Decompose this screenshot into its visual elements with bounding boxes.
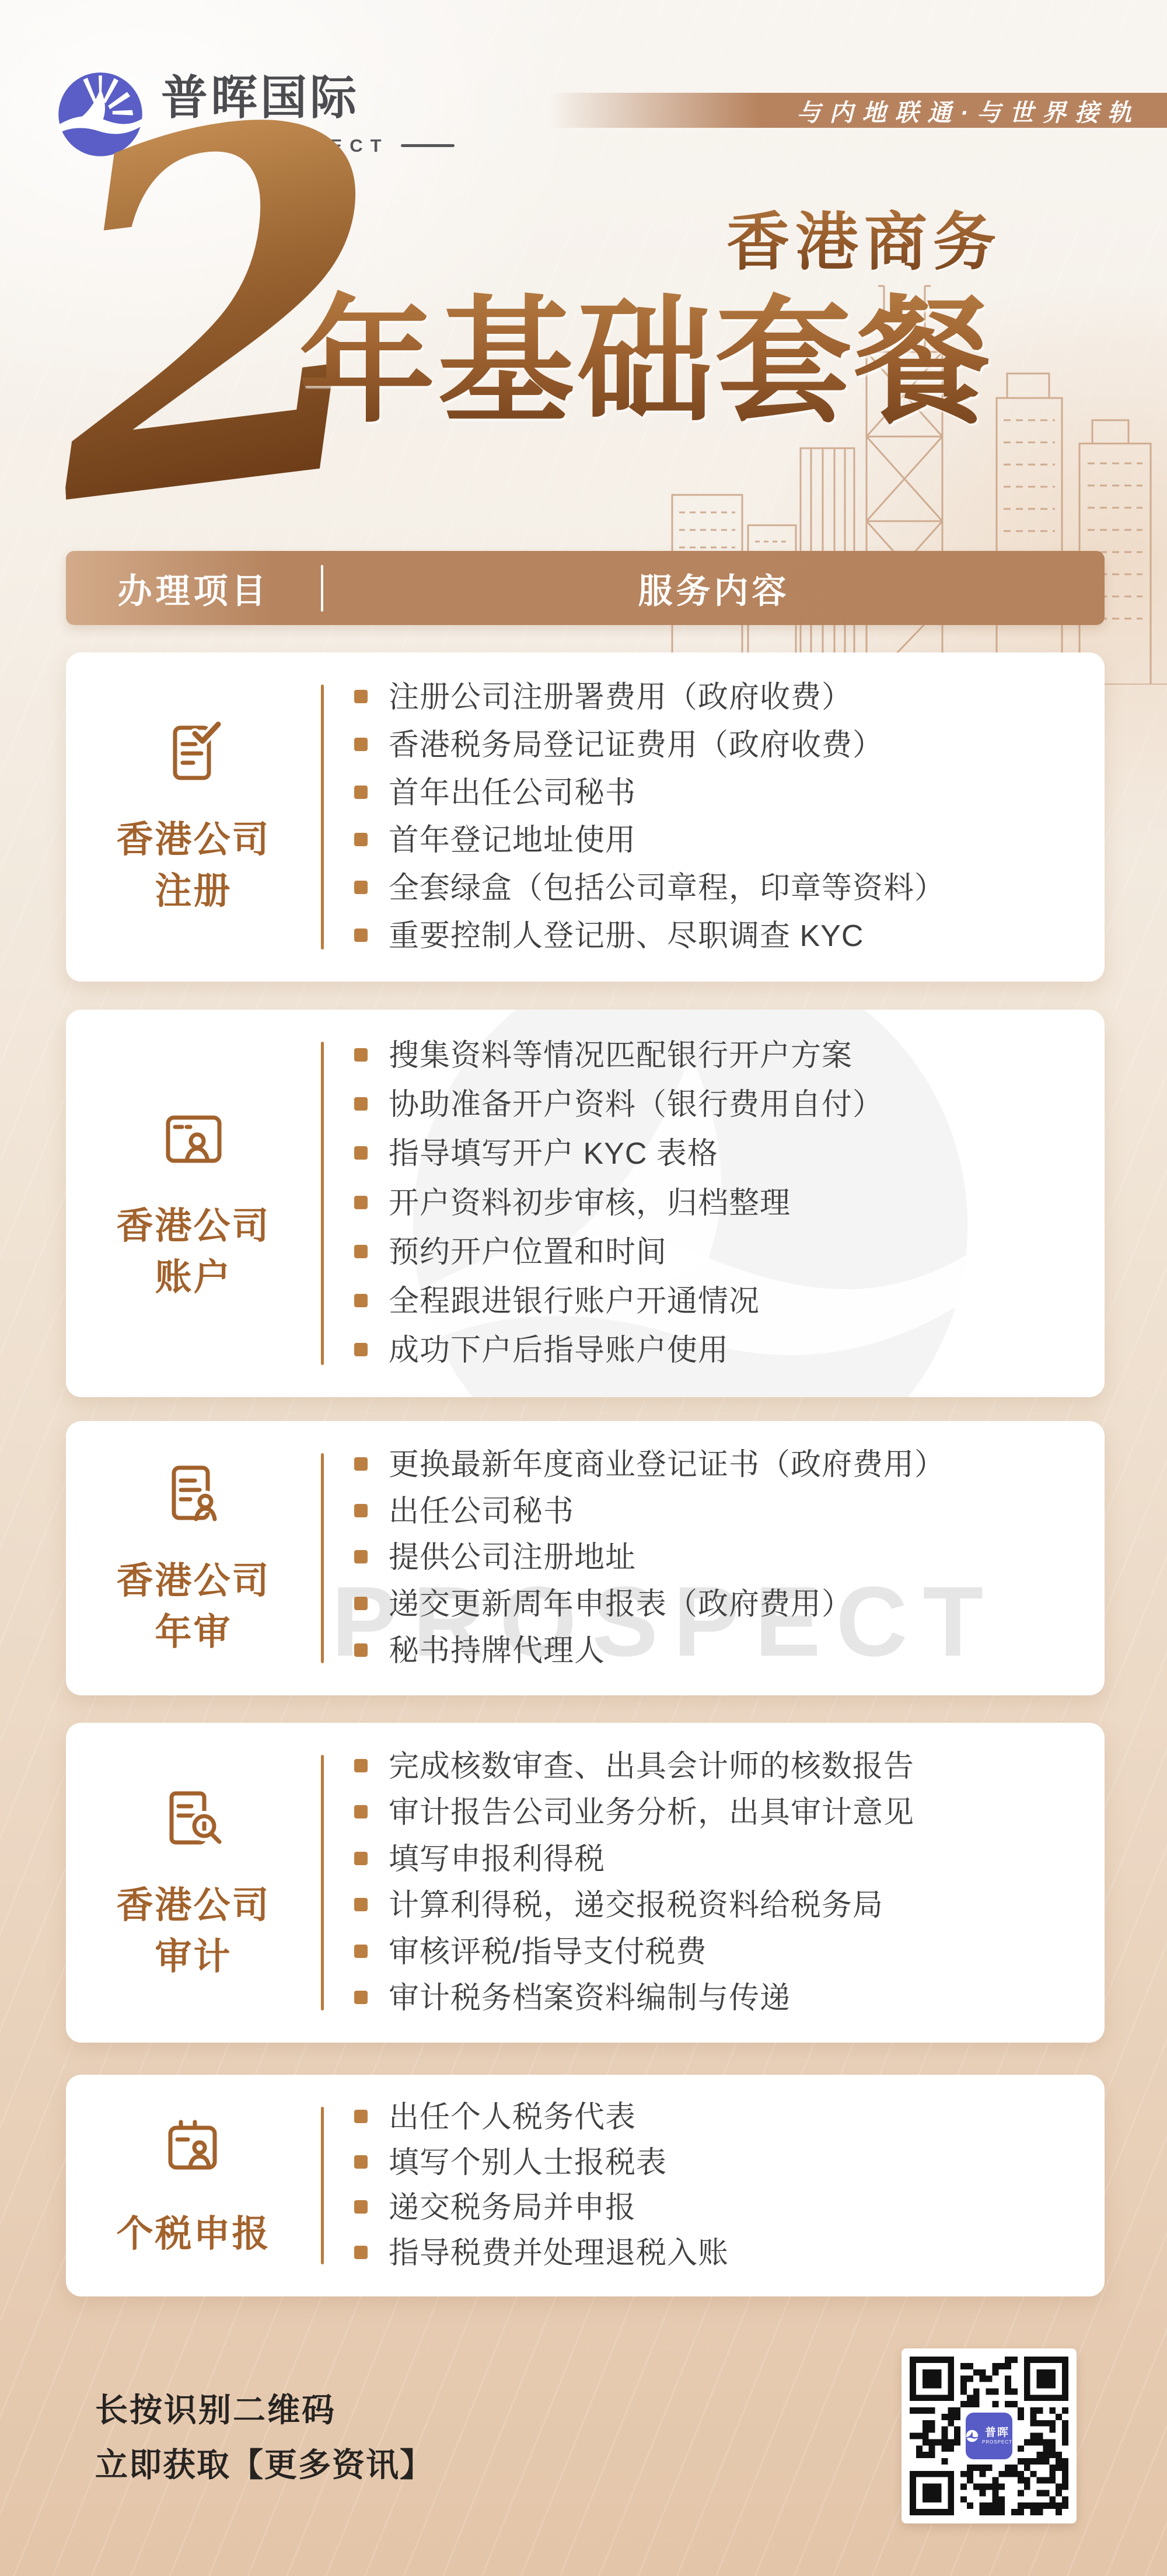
card-left-column: 香港公司 注册 [66,652,321,982]
bullet-square [354,1852,368,1865]
service-item: 注册公司注册署费用（政府收费） [354,679,1084,717]
bullet-square [354,1643,368,1657]
service-item: 递交税务局并申报 [354,2189,1084,2227]
bullet-square [354,1898,368,1911]
bullet-square [354,929,368,942]
browser-user-icon [159,1104,229,1174]
bullet-square [354,1457,368,1471]
service-list: 搜集资料等情况匹配银行开户方案 协助准备开户资料（银行费用自付） 指导填写开户 … [324,1010,1105,1397]
card-left-column: 个税申报 [66,2075,321,2296]
card-title: 香港公司 审计 [117,1880,271,1982]
service-item: 计算利得税，递交报税资料给税务局 [354,1887,1084,1925]
card-left-column: 香港公司 审计 [66,1723,321,2043]
idcard-user-icon [159,2111,229,2181]
service-item: 指导税费并处理退税入账 [354,2235,1084,2273]
bullet-square [354,786,368,799]
bullet-square [354,738,368,751]
card-left-column: 香港公司 账户 [66,1010,321,1397]
service-item: 更换最新年度商业登记证书（政府费用） [354,1446,1084,1484]
service-item: 审核评税/指导支付税费 [354,1933,1084,1971]
card-annual-review: PROSPECT 香港公司 年审 更换最新年度商业登记证书（政府费用） 出任公司… [66,1421,1105,1695]
service-item: 出任个人税务代表 [354,2099,1084,2137]
poster-page: 普晖国际 PROSPECT 与内地联通·与世界接轨 2 香港商务 年基础套餐 办… [0,0,1167,2576]
hero-tagline: 香港商务 [726,191,1002,282]
dash-right [401,144,455,147]
service-item: 填写个别人士报税表 [354,2144,1084,2182]
bullet-square [354,1550,368,1563]
card-title: 香港公司 账户 [117,1200,271,1303]
column-project-label: 办理项目 [66,563,321,613]
bullet-square [354,1504,368,1517]
service-item: 完成核数审查、出具会计师的核数报告 [354,1748,1084,1786]
service-item: 成功下户后指导账户使用 [354,1332,1084,1370]
service-item: 审计报告公司业务分析，出具审计意见 [354,1794,1084,1832]
service-item: 预约开户位置和时间 [354,1234,1084,1272]
card-title: 香港公司 年审 [117,1555,271,1658]
service-item: 填写申报利得税 [354,1841,1084,1879]
qr-instruction: 长按识别二维码 [95,2385,336,2431]
document-search-icon [159,1783,229,1853]
qr-cta: 立即获取【更多资讯】 [95,2439,434,2486]
qr-center-badge: 普晖 PROSPECT [963,2410,1015,2462]
service-item: 全套绿盒（包括公司章程，印章等资料） [354,870,1084,907]
card-personal-tax: 个税申报 出任个人税务代表 填写个别人士报税表 递交税务局并申报 指导税费并处理… [66,2075,1105,2296]
service-item: 协助准备开户资料（银行费用自付） [354,1086,1084,1124]
slogan-ribbon: 与内地联通·与世界接轨 [548,93,1167,128]
service-item: 秘书持牌代理人 [354,1632,1084,1670]
bullet-square [354,1991,368,2004]
service-item: 全程跟进银行账户开通情况 [354,1283,1084,1321]
card-company-account: 香港公司 账户 搜集资料等情况匹配银行开户方案 协助准备开户资料（银行费用自付）… [66,1010,1105,1397]
card-company-audit: 香港公司 审计 完成核数审查、出具会计师的核数报告 审计报告公司业务分析，出具审… [66,1723,1105,2043]
card-title: 香港公司 注册 [117,814,271,917]
service-item: 审计税务档案资料编制与传递 [354,1980,1084,2017]
service-list: 完成核数审查、出具会计师的核数报告 审计报告公司业务分析，出具审计意见 填写申报… [324,1723,1105,2043]
bullet-square [354,1097,368,1111]
service-item: 递交更新周年申报表（政府费用） [354,1586,1084,1624]
service-item: 香港税务局登记证费用（政府收费） [354,727,1084,765]
bullet-square [354,2110,368,2123]
service-item: 出任公司秘书 [354,1493,1084,1531]
bullet-square [354,1146,368,1160]
bullet-square [354,2246,368,2259]
service-list: 出任个人税务代表 填写个别人士报税表 递交税务局并申报 指导税费并处理退税入账 [324,2075,1105,2296]
bullet-square [354,690,368,703]
bullet-square [354,1945,368,1958]
card-company-registration: 香港公司 注册 注册公司注册署费用（政府收费） 香港税务局登记证费用（政府收费）… [66,652,1105,982]
bullet-square [354,1597,368,1610]
bullet-square [354,1343,368,1356]
bullet-square [354,833,368,846]
qr-badge-text: 普晖 PROSPECT [982,2427,1012,2445]
bullet-square [354,2200,368,2214]
bullet-square [354,881,368,894]
hero-title: 年基础套餐 [299,287,993,437]
bullet-square [354,1245,368,1258]
clipboard-check-icon [159,717,229,787]
service-item: 重要控制人登记册、尽职调查 KYC [354,917,1084,955]
bullet-square [354,1294,368,1307]
document-user-icon [159,1458,229,1528]
card-title: 个税申报 [117,2208,271,2260]
service-item: 提供公司注册地址 [354,1539,1084,1577]
service-item: 首年登记地址使用 [354,822,1084,860]
service-list: 更换最新年度商业登记证书（政府费用） 出任公司秘书 提供公司注册地址 递交更新周… [324,1421,1105,1695]
bullet-square [354,2155,368,2169]
service-list: 注册公司注册署费用（政府收费） 香港税务局登记证费用（政府收费） 首年出任公司秘… [324,652,1105,982]
service-item: 首年出任公司秘书 [354,774,1084,812]
bullet-square [354,1196,368,1209]
bullet-square [354,1759,368,1772]
qr-code[interactable]: 普晖 PROSPECT [902,2348,1077,2523]
bullet-square [354,1805,368,1818]
card-left-column: 香港公司 年审 [66,1421,321,1695]
service-item: 开户资料初步审核，归档整理 [354,1185,1084,1223]
column-service-label: 服务内容 [323,563,1105,613]
qr-badge-logo [966,2427,979,2445]
bullet-square [354,1048,368,1062]
table-header-bar: 办理项目 服务内容 [66,551,1105,625]
service-item: 搜集资料等情况匹配银行开户方案 [354,1037,1084,1075]
service-item: 指导填写开户 KYC 表格 [354,1135,1084,1173]
